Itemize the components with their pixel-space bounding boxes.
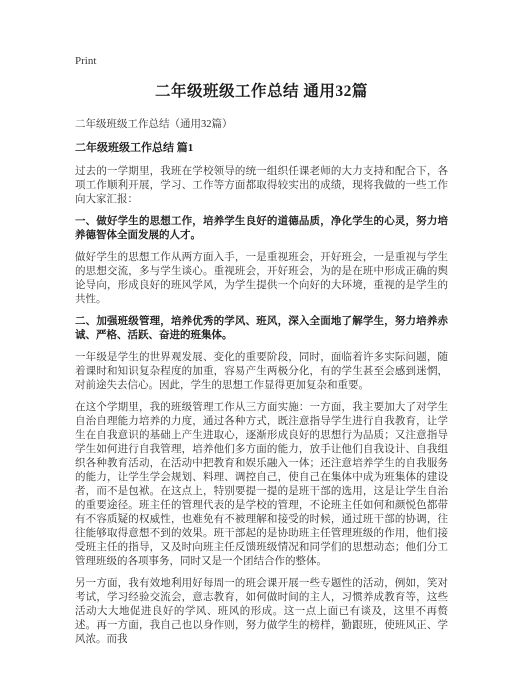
body-paragraph: 做好学生的思想工作从两方面入手，一是重视班会，开好班会，一是重视与学生的思想交流… — [75, 251, 448, 307]
print-link[interactable]: Print — [75, 55, 448, 68]
body-paragraph: 一年级是学生的世界观发展、变化的重要阶段，同时，面临着许多实际问题，随着课时和知… — [75, 351, 448, 393]
body-paragraph: 过去的一学期里，我班在学校领导的统一组织任课老师的大力支持和配合下，各项工作顺利… — [75, 165, 448, 207]
body-paragraph: 在这个学期里，我的班级管理工作从三方面实施：一方面，我主要加大了对学生自治自理能… — [75, 401, 448, 569]
document-subtitle: 二年级班级工作总结（通用32篇） — [75, 118, 448, 132]
section-heading: 一、做好学生的思想工作，培养学生良好的道德品质，净化学生的心灵，努力培养德智体全… — [75, 215, 448, 243]
body-paragraph: 另一方面，我有效地利用好每周一的班会课开展一些专题性的活动，例如，笑对考试，学习… — [75, 577, 448, 647]
document-body: 过去的一学期里，我班在学校领导的统一组织任课老师的大力支持和配合下，各项工作顺利… — [75, 165, 448, 647]
article-number-heading: 二年级班级工作总结 篇1 — [75, 141, 448, 156]
document-page: Print 二年级班级工作总结 通用32篇 二年级班级工作总结（通用32篇） 二… — [0, 0, 520, 673]
document-title: 二年级班级工作总结 通用32篇 — [75, 82, 448, 102]
section-heading: 二、加强班级管理，培养优秀的学风、班风，深入全面地了解学生，努力培养赤诚、严格、… — [75, 315, 448, 343]
